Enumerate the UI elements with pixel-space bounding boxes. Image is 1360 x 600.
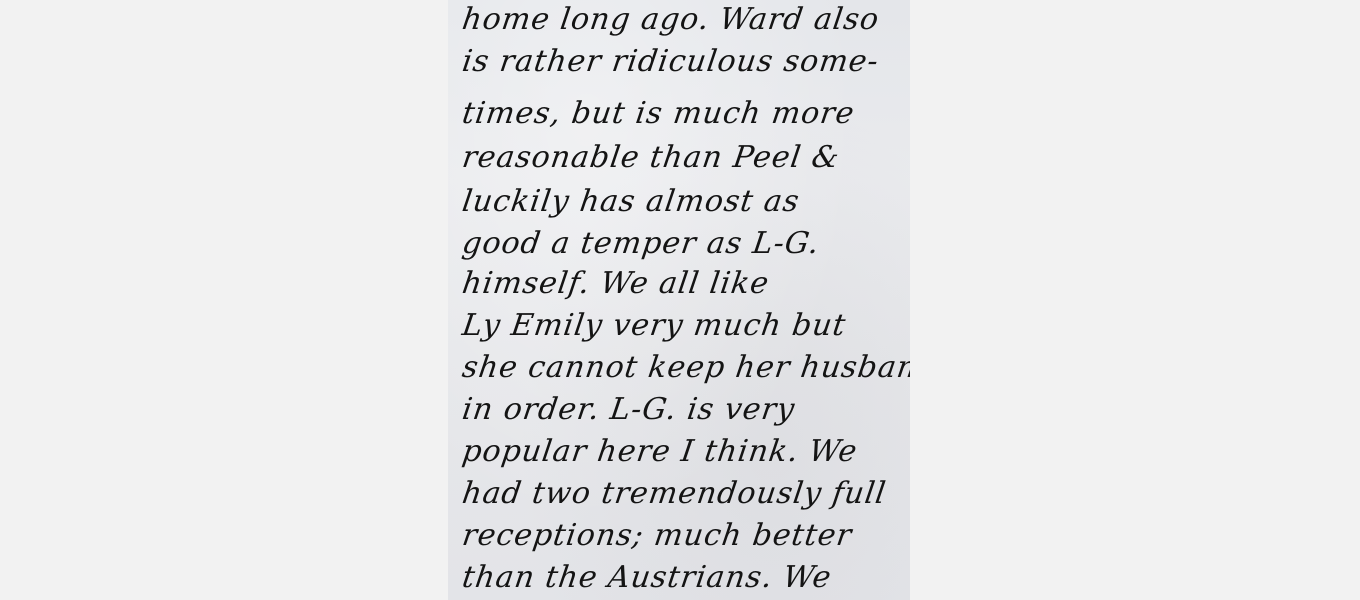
handwritten-line: than the Austrians. We (460, 560, 834, 595)
handwritten-line: reasonable than Peel & (460, 140, 842, 175)
handwritten-line: Ly Emily very much but (460, 308, 848, 343)
handwritten-line: had two tremendously full (460, 476, 889, 511)
handwritten-line: she cannot keep her husband (460, 350, 910, 385)
manuscript-page: home long ago. Ward also is rather ridic… (448, 0, 910, 600)
viewer-background: home long ago. Ward also is rather ridic… (0, 0, 1360, 600)
handwritten-line: in order. L-G. is very (460, 392, 797, 427)
handwritten-line: good a temper as L-G. (460, 226, 822, 261)
handwritten-line: home long ago. Ward also (460, 2, 882, 37)
handwritten-line: times, but is much more (460, 96, 857, 131)
handwritten-line: receptions; much better (460, 518, 854, 553)
handwritten-line: is rather ridiculous some- (460, 44, 881, 79)
handwritten-line: himself. We all like (460, 266, 772, 301)
handwritten-line: popular here I think. We (460, 434, 860, 469)
handwritten-line: luckily has almost as (460, 184, 802, 219)
